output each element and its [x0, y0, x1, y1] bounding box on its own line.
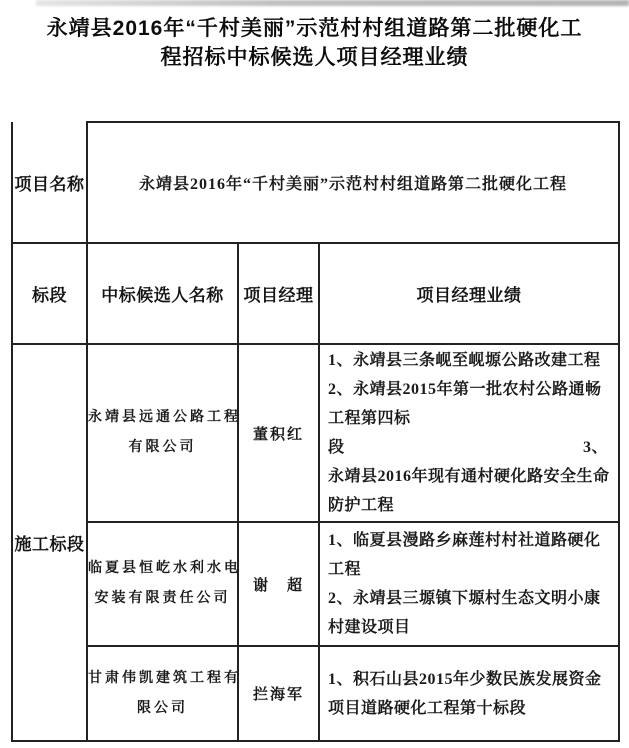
table-row: 临夏县恒屹水利水电 安装有限责任公司 谢 超 1、临夏县漫路乡麻莲村村社道路硬化…: [12, 522, 619, 646]
company-name-line1: 永靖县远通公路工程: [88, 403, 237, 433]
company-name-line2: 限公司: [88, 694, 237, 724]
document-title-line2: 程招标中标候选人项目经理业绩: [0, 43, 629, 72]
performance-line: 1、临夏县漫路乡麻莲村村社道路硬化: [328, 526, 608, 555]
document-title-line1: 永靖县2016年“千村美丽”示范村村组道路第二批硬化工: [0, 14, 629, 43]
company-name-line2: 有限公司: [88, 433, 237, 463]
performance-cell: 1、积石山县2015年少数民族发展资金 项目道路硬化工程第十标段: [319, 646, 619, 741]
performance-line: 2、永靖县三塬镇下塬村生态文明小康: [328, 584, 608, 613]
header-candidate-cell: 中标候选人名称: [87, 243, 238, 344]
manager-cell: 谢 超: [238, 522, 319, 646]
performance-line: 1、永靖县三条岘至岘塬公路改建工程: [328, 346, 608, 375]
scan-artifact-strip: [36, 0, 629, 6]
performance-line: 永靖县2016年现有通村硬化路安全生命: [328, 462, 608, 491]
performance-line: 2、永靖县2015年第一批农村公路通畅: [328, 375, 608, 404]
table-row: 施工标段 永靖县远通公路工程 有限公司 董积红 1、永靖县三条岘至岘塬公路改建工…: [12, 344, 619, 522]
performance-cell: 1、临夏县漫路乡麻莲村村社道路硬化 工程 2、永靖县三塬镇下塬村生态文明小康 村…: [319, 522, 619, 646]
header-row: 标段 中标候选人名称 项目经理 项目经理业绩: [12, 243, 619, 344]
performance-line: 工程: [328, 555, 608, 584]
performance-line-left: 段: [328, 433, 345, 462]
performance-line: 防护工程: [328, 491, 608, 520]
company-cell: 永靖县远通公路工程 有限公司: [87, 344, 238, 522]
table-row: 甘肃伟凯建筑工程有 限公司 拦海军 1、积石山县2015年少数民族发展资金 项目…: [12, 646, 619, 741]
performance-cell: 1、永靖县三条岘至岘塬公路改建工程 2、永靖县2015年第一批农村公路通畅 工程…: [319, 344, 619, 522]
header-section-cell: 标段: [12, 243, 87, 344]
performance-line: 项目道路硬化工程第十标段: [328, 694, 608, 723]
section-label-cell: 施工标段: [12, 344, 87, 741]
manager-cell: 董积红: [238, 344, 319, 522]
performance-line-split: 段 3、: [328, 433, 608, 462]
company-name-line1: 临夏县恒屹水利水电: [88, 554, 237, 584]
project-name-label-cell: 项目名称: [12, 122, 87, 243]
project-name-value-cell: 永靖县2016年“千村美丽”示范村村组道路第二批硬化工程: [87, 122, 619, 243]
performance-line: 1、积石山县2015年少数民族发展资金: [328, 665, 608, 694]
header-performance-cell: 项目经理业绩: [319, 243, 619, 344]
company-cell: 甘肃伟凯建筑工程有 限公司: [87, 646, 238, 741]
results-table: 项目名称 永靖县2016年“千村美丽”示范村村组道路第二批硬化工程 标段 中标候…: [11, 121, 620, 742]
performance-line: 工程第四标: [328, 404, 608, 433]
company-cell: 临夏县恒屹水利水电 安装有限责任公司: [87, 522, 238, 646]
performance-line-right: 3、: [583, 433, 608, 462]
company-name-line1: 甘肃伟凯建筑工程有: [88, 664, 237, 694]
document-page: 永靖县2016年“千村美丽”示范村村组道路第二批硬化工 程招标中标候选人项目经理…: [0, 0, 629, 748]
manager-cell: 拦海军: [238, 646, 319, 741]
company-name-line2: 安装有限责任公司: [88, 584, 237, 614]
document-title: 永靖县2016年“千村美丽”示范村村组道路第二批硬化工 程招标中标候选人项目经理…: [0, 14, 629, 72]
performance-line: 村建设项目: [328, 613, 608, 642]
header-manager-cell: 项目经理: [238, 243, 319, 344]
project-name-row: 项目名称 永靖县2016年“千村美丽”示范村村组道路第二批硬化工程: [12, 122, 619, 243]
